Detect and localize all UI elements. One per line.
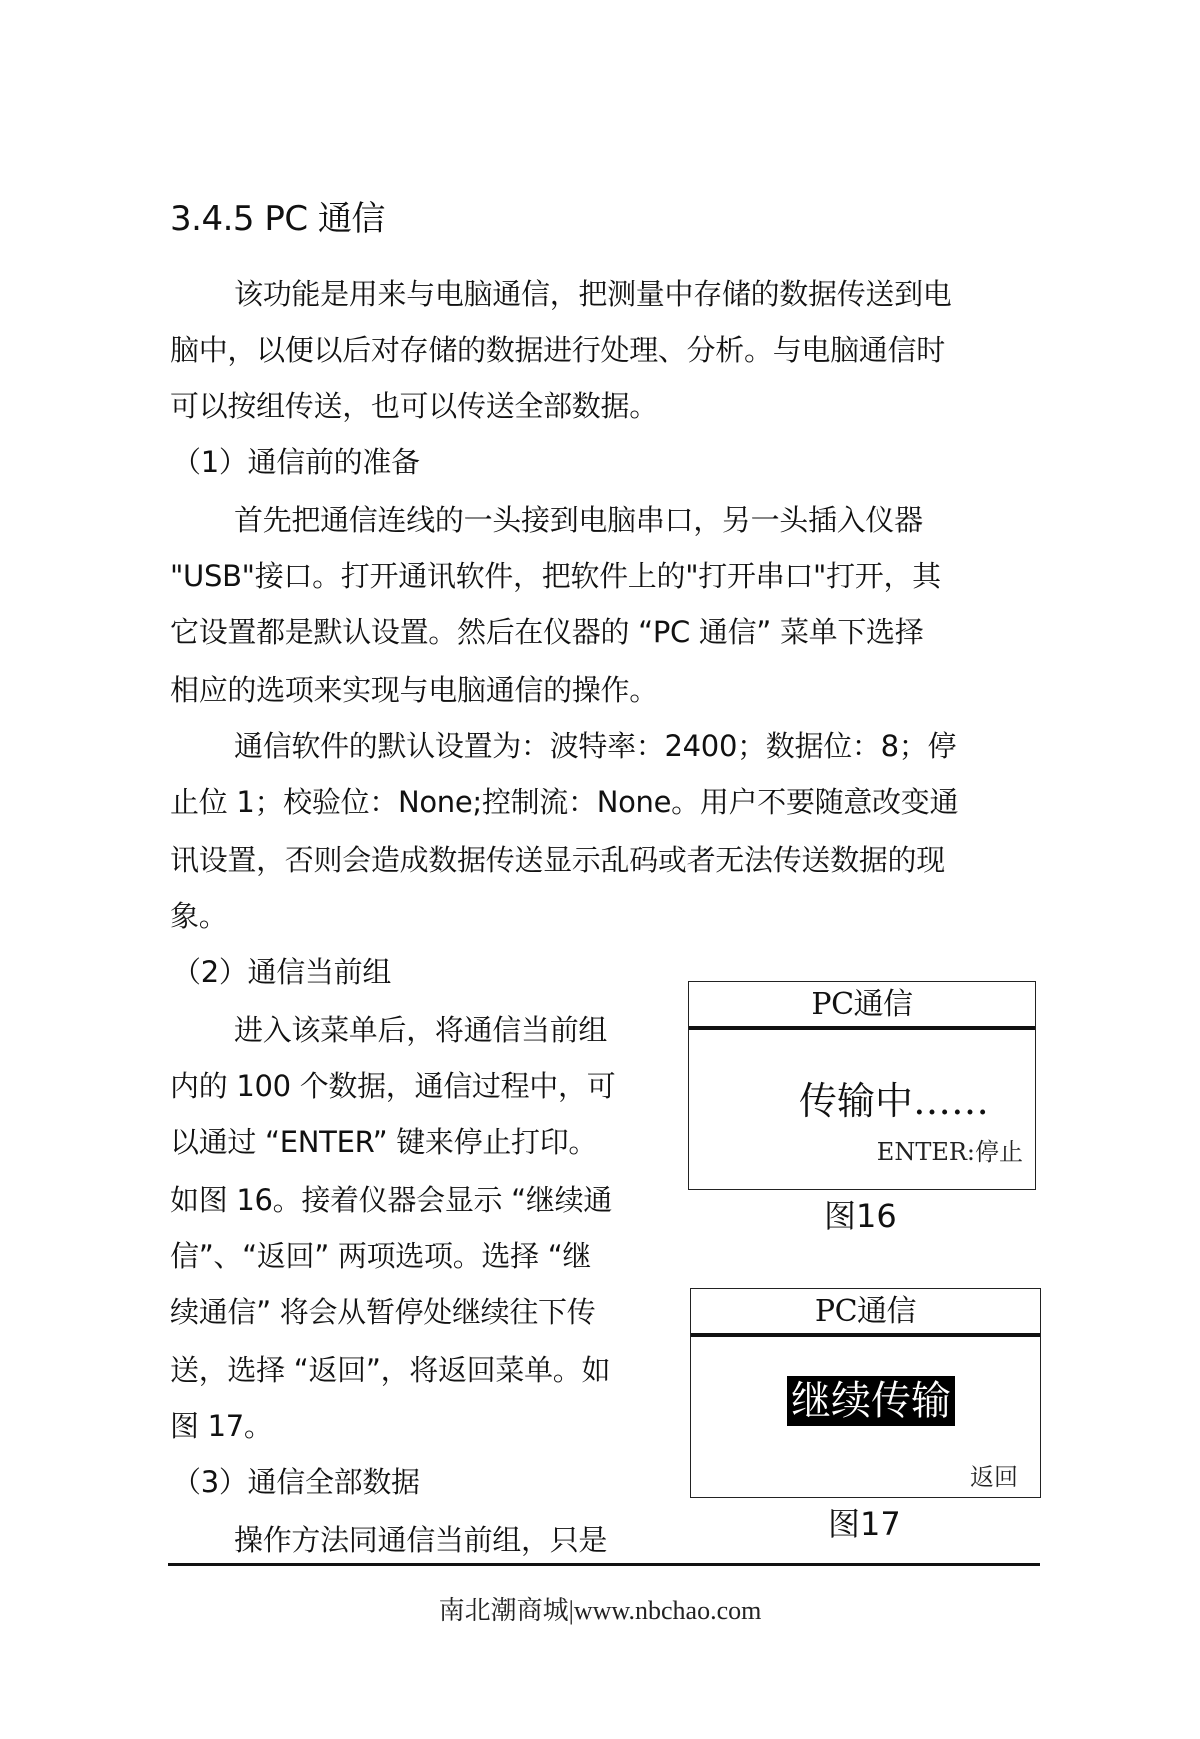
lcd-title: PC通信 bbox=[689, 982, 1035, 1030]
enter-stop-hint: ENTER:停止 bbox=[877, 1132, 1023, 1167]
prep-line-3: 它设置都是默认设置。然后在仪器的 “PC 通信” 菜单下选择 bbox=[170, 612, 923, 652]
settings-line-1: 通信软件的默认设置为：波特率：2400；数据位：8；停 bbox=[234, 726, 956, 766]
current-group-line-7: 送，选择 “返回”，将返回菜单。如 bbox=[170, 1350, 610, 1390]
current-group-line-8: 图 17。 bbox=[170, 1406, 273, 1446]
intro-line-1: 该功能是用来与电脑通信，把测量中存储的数据传送到电 bbox=[234, 274, 952, 314]
settings-line-4: 象。 bbox=[170, 896, 227, 936]
intro-line-2: 脑中，以便以后对存储的数据进行处理、分析。与电脑通信时 bbox=[170, 330, 945, 370]
subsection-2-title: （2）通信当前组 bbox=[172, 952, 391, 992]
footer-watermark: 南北潮商城|www.nbchao.com bbox=[0, 1594, 1200, 1628]
bottom-divider bbox=[168, 1563, 1040, 1566]
current-group-line-3: 以通过 “ENTER” 键来停止打印。 bbox=[170, 1122, 597, 1162]
lcd-title: PC通信 bbox=[691, 1289, 1040, 1337]
selected-option-highlight: 继续传输 bbox=[787, 1376, 955, 1426]
prep-line-1: 首先把通信连线的一头接到电脑串口，另一头插入仪器 bbox=[234, 500, 923, 540]
return-option: 返回 bbox=[970, 1457, 1018, 1492]
subsection-1-title: （1）通信前的准备 bbox=[172, 442, 420, 482]
figure-16-caption: 图16 bbox=[824, 1196, 897, 1236]
figure-17-caption: 图17 bbox=[828, 1504, 901, 1544]
transfer-status-text: 传输中…… bbox=[799, 1070, 989, 1125]
intro-line-3: 可以按组传送，也可以传送全部数据。 bbox=[170, 386, 658, 426]
settings-line-3: 讯设置，否则会造成数据传送显示乱码或者无法传送数据的现 bbox=[170, 840, 945, 880]
current-group-line-2: 内的 100 个数据，通信过程中，可 bbox=[170, 1066, 615, 1106]
figure-17-lcd-screen: PC通信 继续传输 返回 bbox=[690, 1288, 1041, 1498]
subsection-3-title: （3）通信全部数据 bbox=[172, 1462, 420, 1502]
figure-16-lcd-screen: PC通信 传输中…… ENTER:停止 bbox=[688, 981, 1036, 1190]
continue-transfer-option: 继续传输 bbox=[787, 1377, 955, 1425]
current-group-line-5: 信”、“返回” 两项选项。选择 “继 bbox=[170, 1236, 591, 1276]
document-page: 3.4.5 PC 通信 该功能是用来与电脑通信，把测量中存储的数据传送到电 脑中… bbox=[0, 0, 1200, 1739]
prep-line-2: "USB"接口。打开通讯软件，把软件上的"打开串口"打开，其 bbox=[170, 556, 941, 596]
current-group-line-1: 进入该菜单后，将通信当前组 bbox=[234, 1010, 607, 1050]
section-heading: 3.4.5 PC 通信 bbox=[170, 196, 385, 242]
prep-line-4: 相应的选项来实现与电脑通信的操作。 bbox=[170, 670, 658, 710]
all-data-line-1: 操作方法同通信当前组，只是 bbox=[234, 1520, 607, 1560]
current-group-line-6: 续通信” 将会从暂停处继续往下传 bbox=[170, 1292, 595, 1332]
current-group-line-4: 如图 16。接着仪器会显示 “继续通 bbox=[170, 1180, 612, 1220]
settings-line-2: 止位 1；校验位：None;控制流：None。用户不要随意改变通 bbox=[170, 782, 958, 822]
